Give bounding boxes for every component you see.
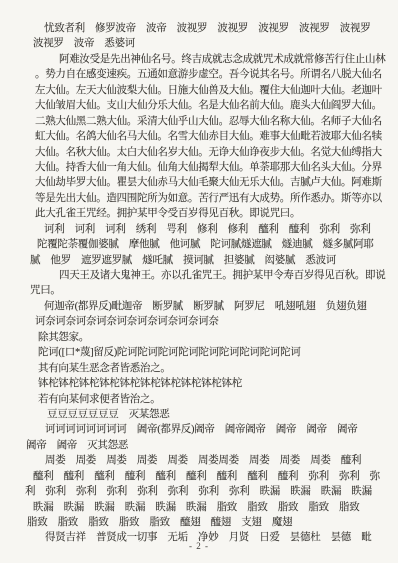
text-line: 二熟大仙黑二熟大仙。采清大仙乎山大仙。忍辱大仙名称大仙。名师子大仙名: [35, 114, 390, 129]
text-line: 大仙皱眉大仙。支山大仙分乐大仙。名是大仙名前大仙。鹿头大仙阎罗大仙。: [35, 98, 390, 113]
text-line: 诃利 诃利 诃利 绣利 咢利 修利 修利 醯利 醯利 弥利 弥利: [44, 222, 390, 237]
text-line: 等是先出大仙。造四围陀所为如意。苦行严迅有大成势。所作悉办。斯等亦以: [35, 191, 390, 206]
text-line: 陀诃([口*蔑]留反)陀诃陀诃陀诃陀诃陀诃陀诃陀诃陀诃陀诃: [38, 345, 390, 360]
text-line: 四天王及诸大鬼神王。亦以孔雀咒王。拥护某甲令寿百岁得见百秋。即说: [59, 268, 390, 283]
text-line: 波视罗 波帝 悉婆诃: [33, 36, 390, 51]
text-line: 周娄 周娄 周娄 周娄 周娄 周娄周娄 周娄 周娄 周娄 醯利: [45, 453, 390, 468]
text-line: 诃诃诃诃诃诃诃诃 阇帝(都界反)阇帝 阇帝阇帝 阇帝 阇帝 阇帝: [45, 422, 390, 437]
text-line: 钵柁钵柁钵柁钵柁钵柁钵柁钵柁钵柁钵柁钵柁: [38, 376, 390, 391]
text-line: 豆豆豆豆豆豆豆 灭某怨恶: [47, 407, 390, 422]
text-line: 其有向某生恶念者皆悉治之。: [38, 361, 390, 376]
text-line: 大仙。持香大仙一角大仙。仙角大仙揭犁大仙。单荼耶那大仙名头大仙。分界: [35, 160, 390, 175]
text-line: 腻 他罗 遮罗遮罗腻 燧吒腻 摸诃腻 担婆腻 闳婆腻 悉波诃: [30, 253, 390, 268]
text-body: 忧致者利 修罗波帝 波帝 波视罗 波视罗 波视罗 波视罗 波视罗波视罗 波帝 悉…: [30, 21, 390, 546]
text-line: 忧致者利 修罗波帝 波帝 波视罗 波视罗 波视罗 波视罗 波视罗: [44, 21, 390, 36]
text-line: 利 弥利 弥利 弥利 弥利 弥利 弥利 弥利 眣漏 眣漏 眣漏 眣漏: [25, 484, 390, 499]
text-line: 大仙。名秋大仙。太白大仙名岁大仙。无诤大仙诤夜步大仙。名觉大仙缚指大: [35, 145, 390, 160]
text-line: 眣漏 眣漏 眣漏 眣漏 眣漏 眣漏 脂致 脂致 脂致 脂致 脂致: [33, 500, 390, 515]
text-line: 脂致 脂致 脂致 脂致 脂致 醯翅 醯翅 支翅 魔翅: [27, 515, 390, 530]
text-line: 阇帝 阇帝 灭其怨恶: [26, 438, 390, 453]
text-line: 虹大仙。名鸽大仙名马大仙。名雪大仙赤目大仙。难事大仙毗若波耶大仙名犊: [35, 129, 390, 144]
text-line: 咒曰。: [30, 283, 390, 298]
text-line: 此大孔雀王咒经。拥护某甲令受百岁得见百秋。即说咒曰。: [35, 206, 390, 221]
text-line: 左大仙。左天大仙波梨大仙。日施大仙兽及大仙。覆住大仙迦叶大仙。老迦叶: [35, 83, 390, 98]
text-line: 醯利 醯利 醯利 醯利 醯利 醯利 醯利 醯利 醯利 弥利 弥利 弥: [33, 469, 390, 484]
scanned-sutra-page: 忧致者利 修罗波帝 波帝 波视罗 波视罗 波视罗 波视罗 波视罗波视罗 波帝 悉…: [0, 0, 398, 563]
text-line: 诃奈诃奈诃奈诃奈诃奈诃奈诃奈诃奈诃奈: [35, 314, 390, 329]
text-line: 除其怨家。: [38, 330, 390, 345]
text-line: 若有向某伺求便者皆治之。: [38, 392, 390, 407]
text-line: 陀覆陀荼覆伽婆腻 摩他腻 他诃腻 陀诃腻燧遮腻 燧迪腻 燧多腻阿耶: [37, 237, 390, 252]
page-number: - 2 -: [0, 541, 398, 551]
text-line: 何迦帝(都界反)毗迦帝 断罗腻 断罗腻 阿罗尼 吼翅吼翅 负翅负翅: [44, 299, 390, 314]
text-line: 阿难汝受是先出神仙名号。终吉成就志念成就咒术成就常修苦行住止山林: [59, 52, 390, 67]
text-line: 大仙劫毕罗大仙。瞿昙大仙赤马大仙毛聚大仙无乐大仙。吉腻卢大仙。阿难斯: [35, 175, 390, 190]
text-line: 。势力自在感变速疾。五通如意游步虚空。吾今说其名号。所谓名八脱大仙名: [35, 67, 390, 82]
